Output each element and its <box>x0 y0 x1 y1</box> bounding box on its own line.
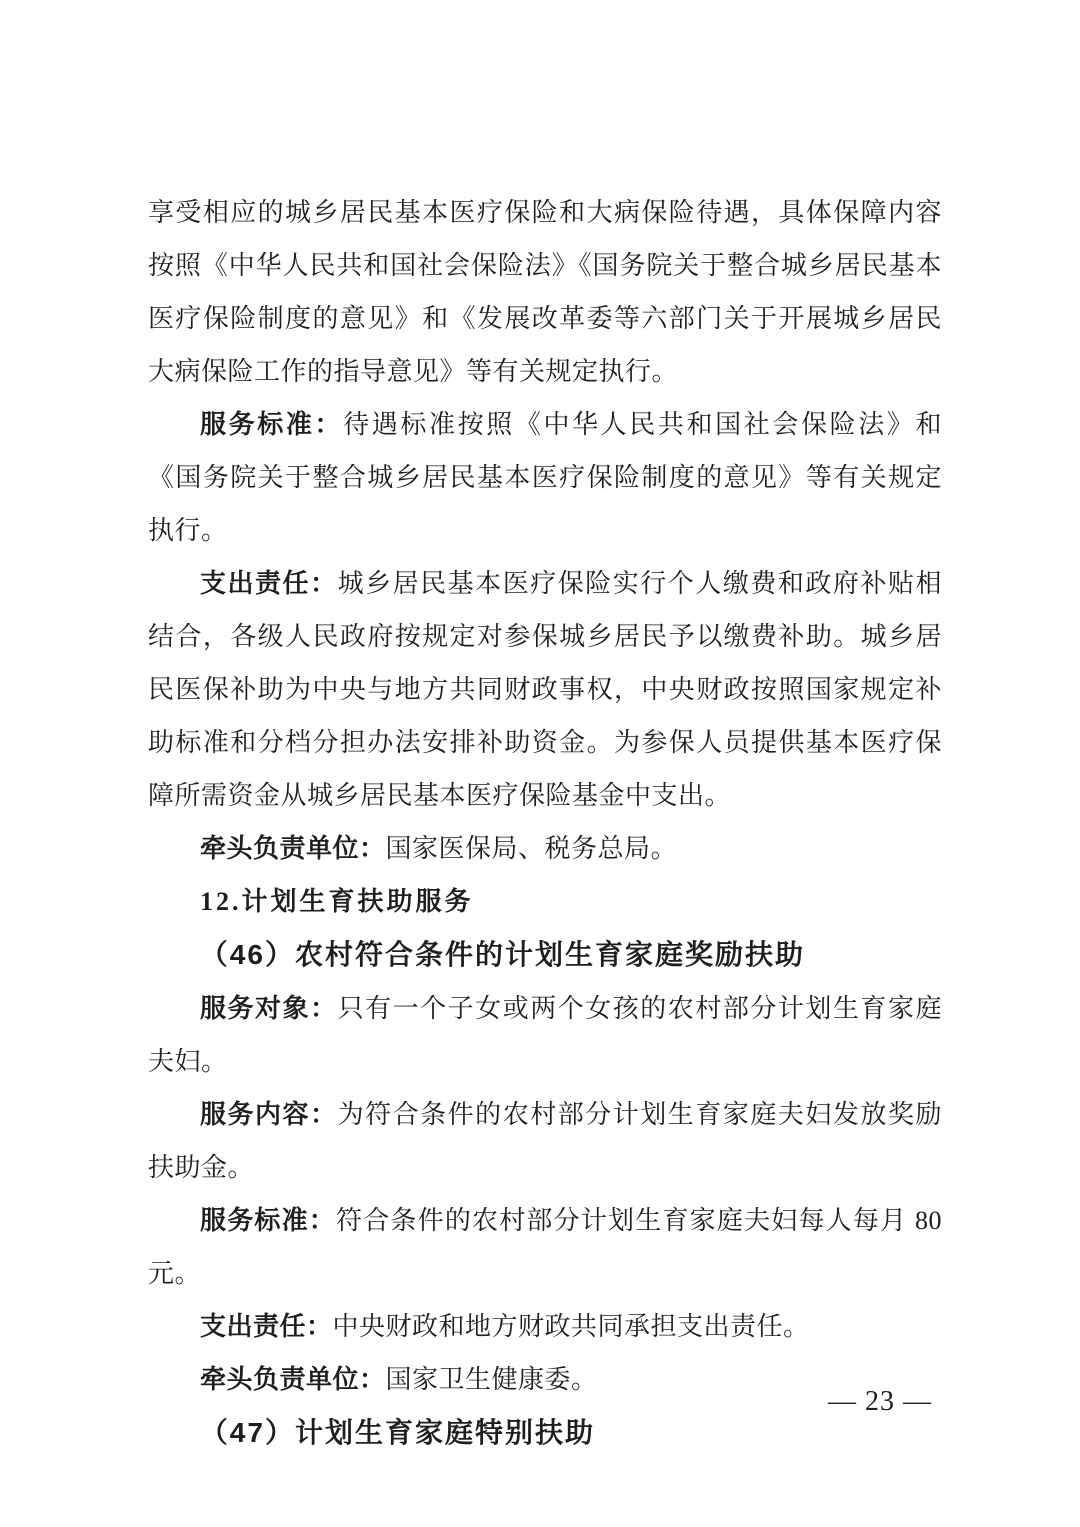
paragraph-label: 支出责任： <box>200 1312 333 1341</box>
paragraph-label: 服务对象： <box>200 994 338 1023</box>
paragraph-service-target: 服务对象：只有一个子女或两个女孩的农村部分计划生育家庭夫妇。 <box>148 982 942 1088</box>
paragraph-service-standard-2: 服务标准：符合条件的农村部分计划生育家庭夫妇每人每月 80 元。 <box>148 1194 942 1300</box>
page-number: — 23 — <box>828 1384 932 1420</box>
paragraph-lead-unit-2: 牵头负责单位：国家卫生健康委。 <box>148 1353 942 1406</box>
paragraph-continuation: 享受相应的城乡居民基本医疗保险和大病保险待遇，具体保障内容按照《中华人民共和国社… <box>148 186 942 398</box>
heading-text: 12.计划生育扶助服务 <box>200 887 474 916</box>
paragraph-label: 牵头负责单位： <box>200 1365 386 1394</box>
paragraph-text: 中央财政和地方财政共同承担支出责任。 <box>333 1312 810 1341</box>
paragraph-expenditure-responsibility-1: 支出责任：城乡居民基本医疗保险实行个人缴费和政府补贴相结合，各级人民政府按规定对… <box>148 557 942 822</box>
paragraph-service-standard-1: 服务标准：待遇标准按照《中华人民共和国社会保险法》和《国务院关于整合城乡居民基本… <box>148 398 942 557</box>
paragraph-text: 国家医保局、税务总局。 <box>386 834 678 863</box>
heading-section-12: 12.计划生育扶助服务 <box>148 875 942 928</box>
paragraph-text: 城乡居民基本医疗保险实行个人缴费和政府补贴相结合，各级人民政府按规定对参保城乡居… <box>148 569 942 810</box>
heading-item-47: （47）计划生育家庭特别扶助 <box>148 1406 942 1460</box>
paragraph-text: 国家卫生健康委。 <box>386 1365 598 1394</box>
document-page: 享受相应的城乡居民基本医疗保险和大病保险待遇，具体保障内容按照《中华人民共和国社… <box>0 0 1080 1527</box>
paragraph-label: 支出责任： <box>200 569 338 598</box>
paragraph-lead-unit-1: 牵头负责单位：国家医保局、税务总局。 <box>148 822 942 875</box>
heading-item-46: （46）农村符合条件的计划生育家庭奖励扶助 <box>148 928 942 982</box>
paragraph-label: 服务内容： <box>200 1100 338 1129</box>
paragraph-label: 服务标准： <box>200 410 343 439</box>
paragraph-label: 牵头负责单位： <box>200 834 386 863</box>
paragraph-expenditure-responsibility-2: 支出责任：中央财政和地方财政共同承担支出责任。 <box>148 1300 942 1353</box>
paragraph-label: 服务标准： <box>200 1206 336 1235</box>
text-block: 享受相应的城乡居民基本医疗保险和大病保险待遇，具体保障内容按照《中华人民共和国社… <box>148 186 942 1460</box>
paragraph-service-content: 服务内容：为符合条件的农村部分计划生育家庭夫妇发放奖励扶助金。 <box>148 1088 942 1194</box>
paragraph-text: 享受相应的城乡居民基本医疗保险和大病保险待遇，具体保障内容按照《中华人民共和国社… <box>148 198 942 386</box>
heading-text: （47）计划生育家庭特别扶助 <box>200 1417 595 1448</box>
heading-text: （46）农村符合条件的计划生育家庭奖励扶助 <box>200 939 805 970</box>
